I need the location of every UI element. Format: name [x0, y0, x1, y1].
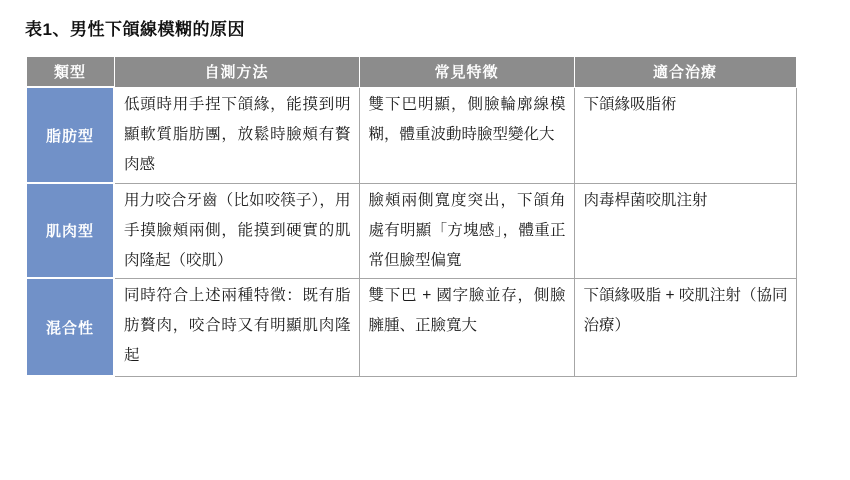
table-row-mixed: 混合性 同時符合上述兩種特徵：既有脂肪贅肉，咬合時又有明顯肌肉隆起 雙下巴 + …: [26, 278, 796, 376]
cell-mixed-features: 雙下巴 + 國字臉並存，側臉臃腫、正臉寬大: [359, 278, 574, 376]
header-row: 類型 自測方法 常見特徵 適合治療: [26, 57, 796, 88]
row-label-mixed: 混合性: [26, 278, 114, 376]
header-cell-features: 常見特徵: [359, 57, 574, 88]
table-title: 表1、男性下頜線模糊的原因: [25, 15, 850, 40]
header-cell-type: 類型: [26, 57, 114, 88]
row-label-muscle: 肌肉型: [26, 183, 114, 278]
header-cell-self-test: 自測方法: [114, 57, 359, 88]
cell-muscle-treatment: 肉毒桿菌咬肌注射: [574, 183, 796, 278]
header-cell-treatment: 適合治療: [574, 57, 796, 88]
cell-fat-self-test: 低頭時用手捏下頜緣，能摸到明顯軟質脂肪團，放鬆時臉頰有贅肉感: [114, 87, 359, 183]
cell-muscle-features: 臉頰兩側寬度突出，下頜角處有明顯「方塊感」，體重正常但臉型偏寬: [359, 183, 574, 278]
row-label-fat: 脂肪型: [26, 87, 114, 183]
cell-fat-features: 雙下巴明顯，側臉輪廓線模糊，體重波動時臉型變化大: [359, 87, 574, 183]
jawline-causes-table: 類型 自測方法 常見特徵 適合治療 脂肪型 低頭時用手捏下頜緣，能摸到明顯軟質脂…: [25, 56, 797, 377]
table-row-fat: 脂肪型 低頭時用手捏下頜緣，能摸到明顯軟質脂肪團，放鬆時臉頰有贅肉感 雙下巴明顯…: [26, 87, 796, 183]
cell-muscle-self-test: 用力咬合牙齒（比如咬筷子），用手摸臉頰兩側，能摸到硬實的肌肉隆起（咬肌）: [114, 183, 359, 278]
cell-fat-treatment: 下頜緣吸脂術: [574, 87, 796, 183]
table-row-muscle: 肌肉型 用力咬合牙齒（比如咬筷子），用手摸臉頰兩側，能摸到硬實的肌肉隆起（咬肌）…: [26, 183, 796, 278]
cell-mixed-treatment: 下頜緣吸脂 + 咬肌注射（協同治療）: [574, 278, 796, 376]
cell-mixed-self-test: 同時符合上述兩種特徵：既有脂肪贅肉，咬合時又有明顯肌肉隆起: [114, 278, 359, 376]
